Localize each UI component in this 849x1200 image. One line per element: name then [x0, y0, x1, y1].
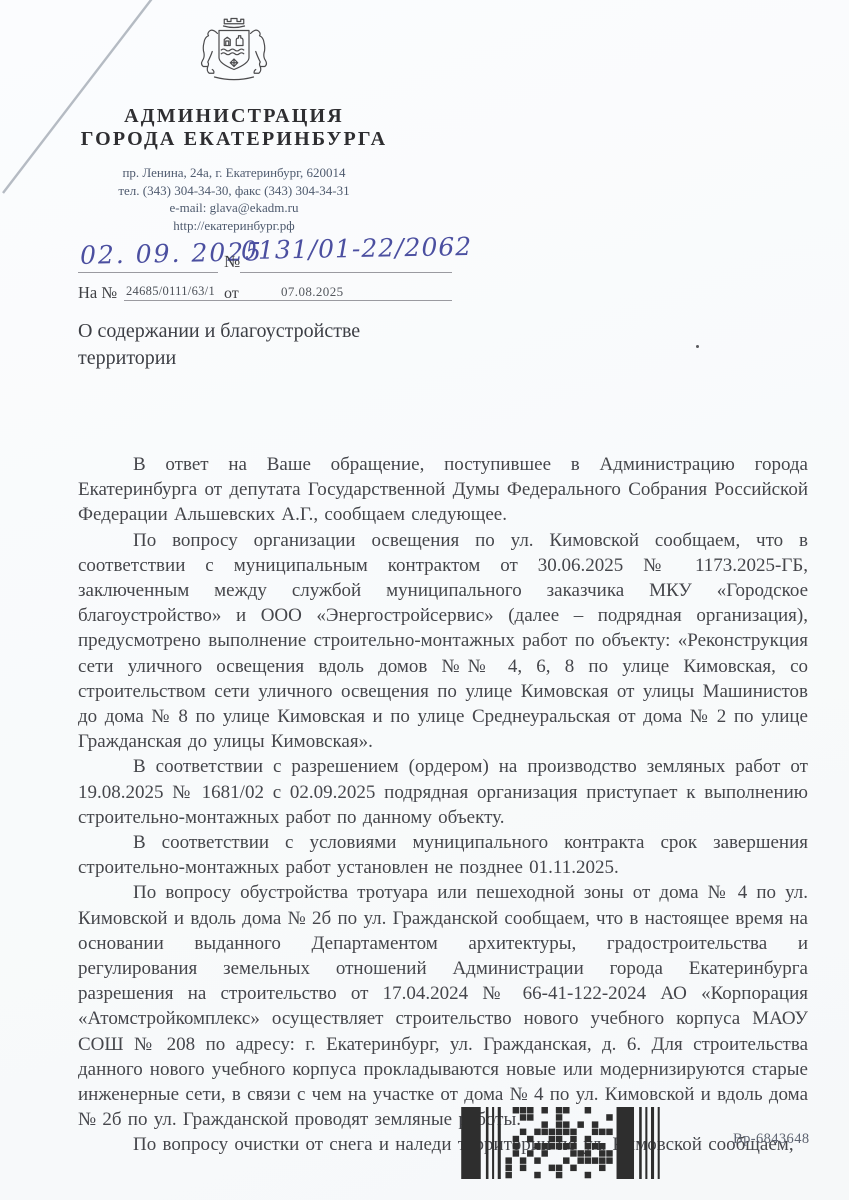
date-underline	[78, 272, 218, 273]
subject-line: О содержании и благоустройстве территори…	[78, 318, 418, 372]
incoming-number-prefix: На №	[78, 283, 117, 303]
letter-body: В ответ на Ваше обращение, поступившее в…	[78, 452, 808, 1158]
incoming-number: 24685/0111/63/1	[126, 284, 215, 299]
incoming-date-underline	[250, 300, 452, 301]
org-website: http://екатеринбург.рф	[18, 217, 450, 235]
letterhead: АДМИНИСТРАЦИЯ ГОРОДА ЕКАТЕРИНБУРГА пр. Л…	[18, 6, 450, 234]
paragraph-deadline: В соответствии с условиями муниципальног…	[78, 830, 808, 880]
paragraph-snow-cleaning: По вопросу очистки от снега и наледи тер…	[78, 1132, 808, 1157]
document-code: Вр-6843648	[733, 1131, 810, 1148]
registration-block: 02. 09. 2025 № 0131/01-22/2062 На № 2468…	[78, 233, 518, 303]
org-phone-fax: тел. (343) 304-34-30, факс (343) 304-34-…	[18, 182, 450, 200]
paragraph-intro: В ответ на Ваше обращение, поступившее в…	[78, 452, 808, 528]
incoming-from-label: от	[224, 285, 239, 303]
paragraph-sidewalk: По вопросу обустройства тротуара или пеш…	[78, 880, 808, 1132]
stray-scan-dot	[696, 345, 699, 348]
incoming-reference-row: На № 24685/0111/63/1 от 07.08.2025	[78, 280, 518, 304]
subject-line2: территории	[78, 345, 418, 372]
org-name-line1: АДМИНИСТРАЦИЯ	[18, 105, 450, 128]
incoming-date: 07.08.2025	[281, 284, 344, 300]
stacked-2d-barcode-icon	[459, 1107, 664, 1179]
org-name-line2: ГОРОДА ЕКАТЕРИНБУРГА	[18, 128, 450, 151]
handwritten-outgoing-number: 0131/01-22/2062	[241, 232, 473, 265]
yekaterinburg-coat-of-arms-icon	[189, 6, 279, 94]
subject-line1: О содержании и благоустройстве	[78, 318, 418, 345]
scanned-letter-page: АДМИНИСТРАЦИЯ ГОРОДА ЕКАТЕРИНБУРГА пр. Л…	[0, 0, 849, 1200]
incoming-number-underline	[124, 300, 268, 301]
org-email: e-mail: glava@ekadm.ru	[18, 199, 450, 217]
paragraph-earthworks-permit: В соответствии с разрешением (ордером) н…	[78, 754, 808, 830]
number-underline	[240, 272, 452, 273]
org-address: пр. Ленина, 24а, г. Екатеринбург, 620014	[18, 164, 450, 182]
paragraph-lighting: По вопросу организации освещения по ул. …	[78, 528, 808, 755]
document-barcode	[459, 1107, 664, 1179]
number-sign: №	[224, 252, 240, 272]
